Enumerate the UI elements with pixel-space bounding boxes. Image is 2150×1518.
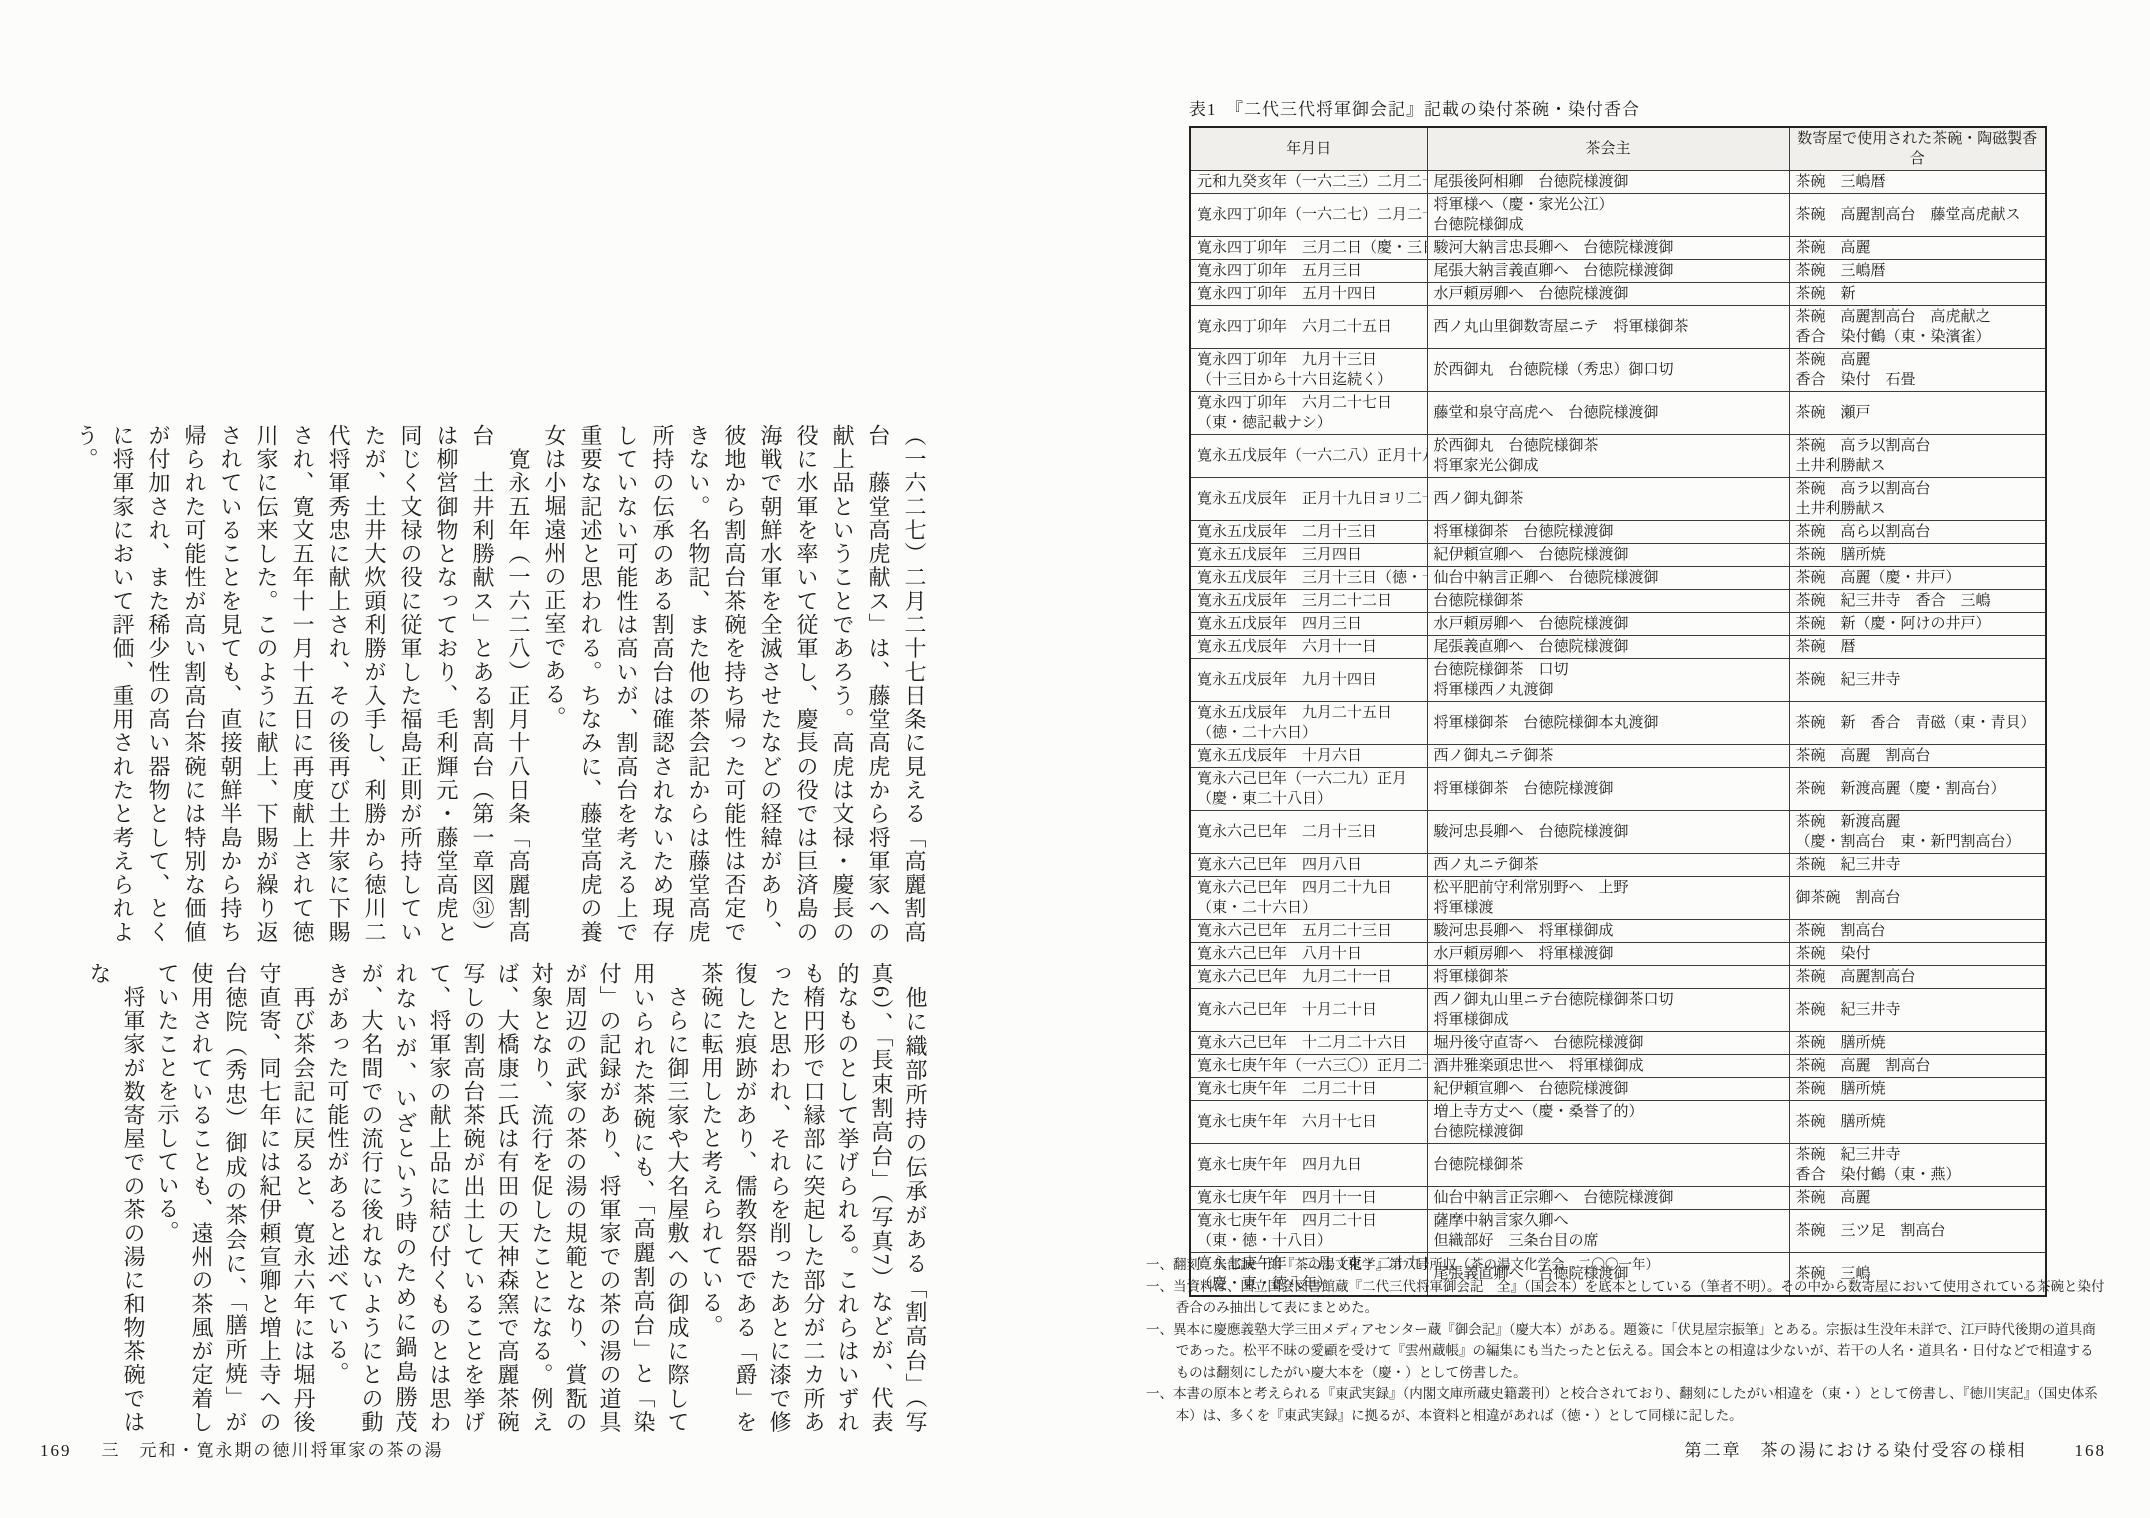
cell-line: 台徳院様御茶	[1434, 1155, 1783, 1175]
footnote: 一、翻刻 矢部誠一郎『茶の湯文化学』第八号所収（茶の湯文化学会 二〇〇一年）	[1146, 1254, 2106, 1276]
cell-line: 香合 染付鶴（東・染濱雀）	[1796, 327, 2040, 347]
cell-host: 増上寺方丈へ（慶・桑誉了的）台徳院様渡御	[1427, 1101, 1789, 1144]
cell-line: （徳・二十六日）	[1197, 723, 1421, 743]
cell-line: 寛永五戊辰年 三月十三日（徳・十二日）	[1197, 568, 1421, 588]
footnote: 一、本書の原本と考えられる『東武実録』（内閣文庫所蔵史籍叢刊）と校合されており、…	[1146, 1383, 2106, 1426]
cell-date: 寛永六己巳年 二月十三日	[1190, 811, 1427, 854]
cell-items: 茶碗 紀三井寺	[1789, 989, 2046, 1032]
cell-line: 寛永五戊辰年 四月三日	[1197, 614, 1421, 634]
cell-line: 寛永五戊辰年（一六二八）正月十八日	[1197, 446, 1421, 466]
cell-line: 駿河忠長卿へ 台徳院様渡御	[1434, 822, 1783, 842]
cell-line: 寛永七庚午年 四月二十日	[1197, 1211, 1421, 1231]
cell-items: 茶碗 高麗香合 染付 石畳	[1789, 349, 2046, 392]
cell-host: 尾張後阿相卿 台徳院様渡御	[1427, 171, 1789, 194]
cell-line: 寛永四丁卯年 六月二十五日	[1197, 317, 1421, 337]
table-row: 寛永四丁卯年 三月二日（慶・三日）駿河大納言忠長卿へ 台徳院様渡御茶碗 高麗	[1190, 237, 2046, 260]
cell-host: 台徳院様御茶	[1427, 590, 1789, 613]
column-header-items: 数寄屋で使用された茶碗・陶磁製香合	[1789, 127, 2046, 171]
cell-line: 茶碗 膳所焼	[1796, 1033, 2040, 1053]
body-paragraph: 他に織部所持の伝承がある「割高台」（写真6）、「長束割高台」（写真7）などが、代…	[694, 962, 932, 1434]
cell-date: 寛永五戊辰年 九月二十五日（徳・二十六日）	[1190, 702, 1427, 745]
cell-date: 寛永四丁卯年 六月二十五日	[1190, 306, 1427, 349]
cell-line: 寛永四丁卯年（一六二七）二月二十七日	[1197, 205, 1421, 225]
table-row: 寛永六己巳年 二月十三日駿河忠長卿へ 台徳院様渡御茶碗 新渡高麗（慶・割高台 東…	[1190, 811, 2046, 854]
cell-line: 寛永七庚午年（一六三〇）正月二十六日	[1197, 1056, 1421, 1076]
column-header-date: 年月日	[1190, 127, 1427, 171]
cell-line: 西ノ丸ニテ御茶	[1434, 855, 1783, 875]
cell-line: 寛永六己巳年 四月二十九日	[1197, 878, 1421, 898]
table-row: 寛永五戊辰年 九月十四日台徳院様御茶 口切将軍様西ノ丸渡御茶碗 紀三井寺	[1190, 659, 2046, 702]
cell-line: 水戸頼房卿へ 台徳院様渡御	[1434, 284, 1783, 304]
right-page-footer: 第二章 茶の湯における染付受容の様相168	[1685, 1436, 2107, 1461]
cell-date: 寛永五戊辰年（一六二八）正月十八日	[1190, 435, 1427, 478]
cell-host: 駿河忠長卿へ 台徳院様渡御	[1427, 811, 1789, 854]
cell-host: 紀伊頼宣卿へ 台徳院様渡御	[1427, 1078, 1789, 1101]
cell-line: 茶碗 染付	[1796, 944, 2040, 964]
cell-items: 茶碗 高麗割高台 高虎献之香合 染付鶴（東・染濱雀）	[1789, 306, 2046, 349]
table-row: 寛永六己巳年 五月二十三日駿河忠長卿へ 将軍様御成茶碗 割高台	[1190, 920, 2046, 943]
cell-host: 西ノ御丸山里ニテ台徳院様御茶口切将軍様御成	[1427, 989, 1789, 1032]
table-row: 寛永七庚午年 四月十一日仙台中納言正宗卿へ 台徳院様渡御茶碗 高麗	[1190, 1187, 2046, 1210]
cell-line: 茶碗 暦	[1796, 637, 2040, 657]
cell-line: 紀伊頼宣卿へ 台徳院様渡御	[1434, 545, 1783, 565]
cell-line: 寛永六己巳年 十二月二十六日	[1197, 1033, 1421, 1053]
cell-items: 茶碗 高ラ以割高台土井利勝献ス	[1789, 478, 2046, 521]
cell-line: 茶碗 割高台	[1796, 921, 2040, 941]
cell-line: 水戸頼房卿へ 将軍様渡御	[1434, 944, 1783, 964]
cell-line: 将軍様御茶 台徳院様渡御	[1434, 522, 1783, 542]
cell-line: 茶碗 高麗（慶・井戸）	[1796, 568, 2040, 588]
table-row: 寛永六己巳年（一六二九）正月（慶・東二十八日）将軍様御茶 台徳院様渡御茶碗 新渡…	[1190, 768, 2046, 811]
cell-host: 台徳院様御茶 口切将軍様西ノ丸渡御	[1427, 659, 1789, 702]
cell-line: 茶碗 三嶋暦	[1796, 172, 2040, 192]
body-paragraph: 寛永五年（一六二八）正月十八日条「高麗割高台 土井利勝献ス」とある割高台（第一章…	[68, 424, 536, 944]
cell-date: 寛永四丁卯年（一六二七）二月二十七日	[1190, 194, 1427, 237]
cell-line: 茶碗 三嶋暦	[1796, 261, 2040, 281]
cell-host: 西ノ丸山里御数寄屋ニテ 将軍様御茶	[1427, 306, 1789, 349]
cell-items: 茶碗 高ラ以割高台土井利勝献ス	[1789, 435, 2046, 478]
table-row: 寛永六己巳年 八月十日水戸頼房卿へ 将軍様渡御茶碗 染付	[1190, 943, 2046, 966]
table-row: 寛永六己巳年 四月二十九日（東・二十六日）松平肥前守利常別野へ 上野将軍様渡御茶…	[1190, 877, 2046, 920]
cell-line: 酒井雅楽頭忠世へ 将軍様御成	[1434, 1056, 1783, 1076]
cell-host: 台徳院様御茶	[1427, 1144, 1789, 1187]
book-spread: { "left_page": { "paragraphs_top": [ "（一…	[0, 0, 2150, 1518]
cell-line: 藤堂和泉守高虎へ 台徳院様渡御	[1434, 403, 1783, 423]
table-header-row: 年月日 茶会主 数寄屋で使用された茶碗・陶磁製香合	[1190, 127, 2046, 171]
cell-items: 茶碗 新 香合 青磁（東・青貝）	[1789, 702, 2046, 745]
chapter-title: 第二章 茶の湯における染付受容の様相	[1685, 1441, 2027, 1460]
table-row: 寛永五戊辰年 九月二十五日（徳・二十六日）将軍様御茶 台徳院様御本丸渡御茶碗 新…	[1190, 702, 2046, 745]
cell-line: 茶碗 新渡高麗（慶・割高台）	[1796, 779, 2040, 799]
table-row: 寛永四丁卯年 九月十三日（十三日から十六日迄続く）於西御丸 台徳院様（秀忠）御口…	[1190, 349, 2046, 392]
cell-date: 寛永四丁卯年 九月十三日（十三日から十六日迄続く）	[1190, 349, 1427, 392]
cell-date: 寛永六己巳年 四月二十九日（東・二十六日）	[1190, 877, 1427, 920]
cell-line: 寛永五戊辰年 九月十四日	[1197, 670, 1421, 690]
table-row: 寛永五戊辰年 十月六日西ノ御丸ニテ御茶茶碗 高麗 割高台	[1190, 745, 2046, 768]
section-title: 三 元和・寛永期の徳川将軍家の茶の湯	[102, 1441, 444, 1460]
cell-line: 茶碗 高麗 割高台	[1796, 1056, 2040, 1076]
page-number-right: 168	[2075, 1441, 2107, 1460]
cell-date: 寛永五戊辰年 四月三日	[1190, 613, 1427, 636]
cell-date: 寛永七庚午年 二月二十日	[1190, 1078, 1427, 1101]
cell-items: 茶碗 高麗 割高台	[1789, 745, 2046, 768]
cell-host: 水戸頼房卿へ 将軍様渡御	[1427, 943, 1789, 966]
cell-host: 西ノ丸ニテ御茶	[1427, 854, 1789, 877]
cell-items: 茶碗 新（慶・阿けの井戸）	[1789, 613, 2046, 636]
cell-items: 茶碗 三ツ足 割高台	[1789, 1210, 2046, 1253]
cell-host: 於西御丸 台徳院様（秀忠）御口切	[1427, 349, 1789, 392]
body-paragraph: 再び茶会記に戻ると、寛永六年には堀丹後守直寄、同七年には紀伊頼宣卿と増上寺への台…	[150, 962, 320, 1434]
cell-line: 茶碗 高麗割高台 高虎献之	[1796, 307, 2040, 327]
cell-line: 茶碗 紀三井寺	[1796, 855, 2040, 875]
cell-line: 茶碗 紀三井寺	[1796, 1145, 2040, 1165]
cell-host: 西ノ御丸ニテ御茶	[1427, 745, 1789, 768]
tea-record-table-container: 年月日 茶会主 数寄屋で使用された茶碗・陶磁製香合 元和九癸亥年（一六二三）二月…	[1189, 126, 2047, 1297]
cell-line: 寛永六己巳年 八月十日	[1197, 944, 1421, 964]
cell-line: 茶碗 高ら以割高台	[1796, 522, 2040, 542]
cell-date: 寛永五戊辰年 三月十三日（徳・十二日）	[1190, 567, 1427, 590]
cell-host: 将軍様御茶 台徳院様渡御	[1427, 768, 1789, 811]
cell-date: 寛永五戊辰年 十月六日	[1190, 745, 1427, 768]
cell-host: 水戸頼房卿へ 台徳院様渡御	[1427, 613, 1789, 636]
table-row: 寛永七庚午年 四月二十日（東・徳・十八日）薩摩中納言家久卿へ但織部好 三条台目の…	[1190, 1210, 2046, 1253]
cell-line: 寛永五戊辰年 十月六日	[1197, 746, 1421, 766]
table-row: 寛永六己巳年 四月八日西ノ丸ニテ御茶茶碗 紀三井寺	[1190, 854, 2046, 877]
footnote: 一、当資料は、国立国会図書館蔵『二代三代将軍御会記 全』（国会本）を底本としてい…	[1146, 1276, 2106, 1319]
cell-items: 茶碗 割高台	[1789, 920, 2046, 943]
table-row: 元和九癸亥年（一六二三）二月二十三日尾張後阿相卿 台徳院様渡御茶碗 三嶋暦	[1190, 171, 2046, 194]
cell-line: 寛永七庚午年 二月二十日	[1197, 1079, 1421, 1099]
table-row: 寛永七庚午年 二月二十日紀伊頼宣卿へ 台徳院様渡御茶碗 膳所焼	[1190, 1078, 2046, 1101]
cell-line: 将軍様へ（慶・家光公江）	[1434, 195, 1783, 215]
page-number-left: 169	[40, 1441, 72, 1460]
cell-line: 寛永七庚午年 四月九日	[1197, 1155, 1421, 1175]
cell-line: 台徳院様御茶	[1434, 591, 1783, 611]
cell-items: 茶碗 紀三井寺 香合 三嶋	[1789, 590, 2046, 613]
cell-items: 茶碗 新渡高麗（慶・割高台）	[1789, 768, 2046, 811]
cell-host: 将軍様御茶 台徳院様渡御	[1427, 521, 1789, 544]
column-header-host: 茶会主	[1427, 127, 1789, 171]
cell-line: 御茶碗 割高台	[1796, 888, 2040, 908]
cell-line: 元和九癸亥年（一六二三）二月二十三日	[1197, 172, 1421, 192]
cell-items: 茶碗 暦	[1789, 636, 2046, 659]
table-row: 寛永四丁卯年 五月三日尾張大納言義直卿へ 台徳院様渡御茶碗 三嶋暦	[1190, 260, 2046, 283]
cell-line: 寛永五戊辰年 三月二十二日	[1197, 591, 1421, 611]
cell-items: 茶碗 高麗割高台 藤堂高虎献ス	[1789, 194, 2046, 237]
cell-line: 尾張大納言義直卿へ 台徳院様渡御	[1434, 261, 1783, 281]
cell-line: 茶碗 高麗割高台 藤堂高虎献ス	[1796, 205, 2040, 225]
cell-line: 寛永六己巳年 十月二十日	[1197, 1000, 1421, 1020]
cell-host: 酒井雅楽頭忠世へ 将軍様御成	[1427, 1055, 1789, 1078]
cell-line: 水戸頼房卿へ 台徳院様渡御	[1434, 614, 1783, 634]
cell-line: 寛永七庚午年 六月十七日	[1197, 1112, 1421, 1132]
cell-line: 尾張義直卿へ 台徳院様渡御	[1434, 637, 1783, 657]
cell-line: 将軍様御茶 台徳院様渡御	[1434, 779, 1783, 799]
cell-line: 将軍様御茶	[1434, 967, 1783, 987]
cell-line: 於西御丸 台徳院様御茶	[1434, 436, 1783, 456]
cell-line: 寛永五戊辰年 九月二十五日	[1197, 703, 1421, 723]
cell-items: 茶碗 紀三井寺香合 染付鶴（東・燕）	[1789, 1144, 2046, 1187]
cell-line: 茶碗 高ラ以割高台	[1796, 479, 2040, 499]
cell-items: 茶碗 膳所焼	[1789, 544, 2046, 567]
cell-date: 寛永七庚午年 四月九日	[1190, 1144, 1427, 1187]
cell-date: 寛永六己巳年 四月八日	[1190, 854, 1427, 877]
cell-line: （慶・割高台 東・新門割高台）	[1796, 832, 2040, 852]
cell-host: 将軍様御茶	[1427, 966, 1789, 989]
cell-line: 茶碗 膳所焼	[1796, 1079, 2040, 1099]
cell-line: 西ノ御丸御茶	[1434, 489, 1783, 509]
cell-host: 紀伊頼宣卿へ 台徳院様渡御	[1427, 544, 1789, 567]
cell-line: 増上寺方丈へ（慶・桑誉了的）	[1434, 1102, 1783, 1122]
cell-line: 西ノ御丸ニテ御茶	[1434, 746, 1783, 766]
cell-date: 寛永六己巳年 九月二十一日	[1190, 966, 1427, 989]
cell-date: 寛永七庚午年 四月十一日	[1190, 1187, 1427, 1210]
table-row: 寛永四丁卯年 六月二十五日西ノ丸山里御数寄屋ニテ 将軍様御茶茶碗 高麗割高台 高…	[1190, 306, 2046, 349]
cell-line: 茶碗 新 香合 青磁（東・青貝）	[1796, 713, 2040, 733]
cell-items: 茶碗 紀三井寺	[1789, 854, 2046, 877]
cell-line: 寛永四丁卯年 三月二日（慶・三日）	[1197, 238, 1421, 258]
cell-line: 薩摩中納言家久卿へ	[1434, 1211, 1783, 1231]
cell-date: 寛永五戊辰年 二月十三日	[1190, 521, 1427, 544]
table-row: 寛永四丁卯年 六月二十七日（東・徳記載ナシ）藤堂和泉守高虎へ 台徳院様渡御茶碗 …	[1190, 392, 2046, 435]
cell-items: 茶碗 新	[1789, 283, 2046, 306]
cell-line: 寛永五戊辰年 三月四日	[1197, 545, 1421, 565]
cell-items: 茶碗 三嶋暦	[1789, 171, 2046, 194]
cell-line: 寛永四丁卯年 六月二十七日	[1197, 393, 1421, 413]
cell-host: 駿河忠長卿へ 将軍様御成	[1427, 920, 1789, 943]
cell-line: 寛永六己巳年 二月十三日	[1197, 822, 1421, 842]
cell-items: 茶碗 瀬戸	[1789, 392, 2046, 435]
cell-line: （東・二十六日）	[1197, 898, 1421, 918]
cell-line: 寛永四丁卯年 九月十三日	[1197, 350, 1421, 370]
cell-line: 仙台中納言正宗卿へ 台徳院様渡御	[1434, 1188, 1783, 1208]
cell-items: 茶碗 膳所焼	[1789, 1032, 2046, 1055]
cell-line: 将軍家光公御成	[1434, 456, 1783, 476]
table-row: 寛永六己巳年 十月二十日西ノ御丸山里ニテ台徳院様御茶口切将軍様御成茶碗 紀三井寺	[1190, 989, 2046, 1032]
cell-line: 将軍様御成	[1434, 1010, 1783, 1030]
cell-host: 将軍様へ（慶・家光公江）台徳院様御成	[1427, 194, 1789, 237]
cell-host: 藤堂和泉守高虎へ 台徳院様渡御	[1427, 392, 1789, 435]
cell-line: （東・徳記載ナシ）	[1197, 413, 1421, 433]
cell-date: 寛永六己巳年 十月二十日	[1190, 989, 1427, 1032]
cell-date: 寛永七庚午年（一六三〇）正月二十六日	[1190, 1055, 1427, 1078]
cell-line: 寛永五戊辰年 二月十三日	[1197, 522, 1421, 542]
cell-line: 香合 染付鶴（東・燕）	[1796, 1165, 2040, 1185]
cell-host: 尾張義直卿へ 台徳院様渡御	[1427, 636, 1789, 659]
cell-host: 松平肥前守利常別野へ 上野将軍様渡	[1427, 877, 1789, 920]
cell-items: 茶碗 高麗	[1789, 237, 2046, 260]
cell-line: 茶碗 高麗	[1796, 238, 2040, 258]
cell-host: 仙台中納言正卿へ 台徳院様渡御	[1427, 567, 1789, 590]
table-row: 寛永五戊辰年 三月二十二日台徳院様御茶茶碗 紀三井寺 香合 三嶋	[1190, 590, 2046, 613]
cell-line: 茶碗 三ツ足 割高台	[1796, 1221, 2040, 1241]
cell-host: 薩摩中納言家久卿へ但織部好 三条台目の席	[1427, 1210, 1789, 1253]
cell-line: 台徳院様御成	[1434, 215, 1783, 235]
tea-record-table: 年月日 茶会主 数寄屋で使用された茶碗・陶磁製香合 元和九癸亥年（一六二三）二月…	[1189, 126, 2047, 1297]
table-row: 寛永五戊辰年 三月四日紀伊頼宣卿へ 台徳院様渡御茶碗 膳所焼	[1190, 544, 2046, 567]
cell-items: 茶碗 高麗 割高台	[1789, 1055, 2046, 1078]
cell-line: 寛永七庚午年 四月十一日	[1197, 1188, 1421, 1208]
cell-date: 寛永五戊辰年 正月十九日ヨリ二十日迄	[1190, 478, 1427, 521]
cell-line: 駿河大納言忠長卿へ 台徳院様渡御	[1434, 238, 1783, 258]
body-paragraph: （一六二七）二月二十七日条に見える「高麗割高台 藤堂高虎献ス」は、藤堂高虎から将…	[536, 424, 932, 944]
cell-line: 松平肥前守利常別野へ 上野	[1434, 878, 1783, 898]
body-paragraph: 将軍家が数寄屋での茶の湯に和物茶碗ではな	[82, 962, 150, 1434]
cell-line: 西ノ丸山里御数寄屋ニテ 将軍様御茶	[1434, 317, 1783, 337]
table-title: 表1 『二代三代将軍御会記』記載の染付茶碗・染付香合	[1189, 95, 1640, 120]
cell-line: 茶碗 新渡高麗	[1796, 812, 2040, 832]
cell-line: 香合 染付 石畳	[1796, 370, 2040, 390]
cell-line: 但織部好 三条台目の席	[1434, 1231, 1783, 1251]
cell-date: 寛永四丁卯年 五月十四日	[1190, 283, 1427, 306]
cell-line: 寛永四丁卯年 五月三日	[1197, 261, 1421, 281]
cell-date: 元和九癸亥年（一六二三）二月二十三日	[1190, 171, 1427, 194]
cell-items: 茶碗 膳所焼	[1789, 1078, 2046, 1101]
cell-host: 将軍様御茶 台徳院様御本丸渡御	[1427, 702, 1789, 745]
cell-host: 尾張大納言義直卿へ 台徳院様渡御	[1427, 260, 1789, 283]
cell-host: 水戸頼房卿へ 台徳院様渡御	[1427, 283, 1789, 306]
cell-line: 紀伊頼宣卿へ 台徳院様渡御	[1434, 1079, 1783, 1099]
cell-line: 茶碗 高麗	[1796, 350, 2040, 370]
cell-line: 将軍様御茶 台徳院様御本丸渡御	[1434, 713, 1783, 733]
cell-line: （十三日から十六日迄続く）	[1197, 370, 1421, 390]
cell-date: 寛永五戊辰年 九月十四日	[1190, 659, 1427, 702]
cell-host: 於西御丸 台徳院様御茶将軍家光公御成	[1427, 435, 1789, 478]
cell-items: 茶碗 膳所焼	[1789, 1101, 2046, 1144]
cell-date: 寛永七庚午年 四月二十日（東・徳・十八日）	[1190, 1210, 1427, 1253]
cell-line: 茶碗 新	[1796, 284, 2040, 304]
cell-date: 寛永四丁卯年 三月二日（慶・三日）	[1190, 237, 1427, 260]
table-row: 寛永七庚午年 六月十七日増上寺方丈へ（慶・桑誉了的）台徳院様渡御茶碗 膳所焼	[1190, 1101, 2046, 1144]
cell-line: 駿河忠長卿へ 将軍様御成	[1434, 921, 1783, 941]
cell-items: 茶碗 三嶋暦	[1789, 260, 2046, 283]
cell-items: 御茶碗 割高台	[1789, 877, 2046, 920]
cell-line: 堀丹後守直寄へ 台徳院様渡御	[1434, 1033, 1783, 1053]
cell-line: 茶碗 新（慶・阿けの井戸）	[1796, 614, 2040, 634]
cell-date: 寛永四丁卯年 六月二十七日（東・徳記載ナシ）	[1190, 392, 1427, 435]
table-row: 寛永五戊辰年 四月三日水戸頼房卿へ 台徳院様渡御茶碗 新（慶・阿けの井戸）	[1190, 613, 2046, 636]
cell-date: 寛永六己巳年（一六二九）正月（慶・東二十八日）	[1190, 768, 1427, 811]
cell-items: 茶碗 高麗	[1789, 1187, 2046, 1210]
cell-date: 寛永六己巳年 八月十日	[1190, 943, 1427, 966]
cell-line: 於西御丸 台徳院様（秀忠）御口切	[1434, 360, 1783, 380]
cell-line: 茶碗 紀三井寺	[1796, 1000, 2040, 1020]
cell-line: 茶碗 紀三井寺 香合 三嶋	[1796, 591, 2040, 611]
table-row: 寛永五戊辰年 正月十九日ヨリ二十日迄西ノ御丸御茶茶碗 高ラ以割高台土井利勝献ス	[1190, 478, 2046, 521]
table-row: 寛永七庚午年（一六三〇）正月二十六日酒井雅楽頭忠世へ 将軍様御成茶碗 高麗 割高…	[1190, 1055, 2046, 1078]
cell-line: 寛永六己巳年 九月二十一日	[1197, 967, 1421, 987]
cell-line: 茶碗 高ラ以割高台	[1796, 436, 2040, 456]
cell-line: 寛永五戊辰年 正月十九日ヨリ二十日迄	[1197, 489, 1421, 509]
cell-line: 寛永六己巳年 四月八日	[1197, 855, 1421, 875]
cell-items: 茶碗 新渡高麗（慶・割高台 東・新門割高台）	[1789, 811, 2046, 854]
table-row: 寛永四丁卯年 五月十四日水戸頼房卿へ 台徳院様渡御茶碗 新	[1190, 283, 2046, 306]
cell-line: 仙台中納言正卿へ 台徳院様渡御	[1434, 568, 1783, 588]
footnote: 一、異本に慶應義塾大学三田メディアセンター蔵『御会記』（慶大本）がある。題簽に「…	[1146, 1319, 2106, 1384]
cell-line: 台徳院様御茶 口切	[1434, 660, 1783, 680]
left-page-footer: 169三 元和・寛永期の徳川将軍家の茶の湯	[40, 1436, 444, 1461]
cell-date: 寛永五戊辰年 三月二十二日	[1190, 590, 1427, 613]
table-row: 寛永七庚午年 四月九日台徳院様御茶茶碗 紀三井寺香合 染付鶴（東・燕）	[1190, 1144, 2046, 1187]
table-row: 寛永五戊辰年 二月十三日将軍様御茶 台徳院様渡御茶碗 高ら以割高台	[1190, 521, 2046, 544]
cell-host: 堀丹後守直寄へ 台徳院様渡御	[1427, 1032, 1789, 1055]
cell-line: 茶碗 瀬戸	[1796, 403, 2040, 423]
cell-line: 茶碗 高麗	[1796, 1188, 2040, 1208]
cell-date: 寛永六己巳年 五月二十三日	[1190, 920, 1427, 943]
cell-line: 茶碗 膳所焼	[1796, 1112, 2040, 1132]
table-row: 寛永四丁卯年（一六二七）二月二十七日将軍様へ（慶・家光公江）台徳院様御成茶碗 高…	[1190, 194, 2046, 237]
cell-date: 寛永五戊辰年 三月四日	[1190, 544, 1427, 567]
cell-date: 寛永四丁卯年 五月三日	[1190, 260, 1427, 283]
cell-line: 土井利勝献ス	[1796, 499, 2040, 519]
body-text-lower: 他に織部所持の伝承がある「割高台」（写真6）、「長束割高台」（写真7）などが、代…	[46, 962, 932, 1434]
cell-host: 西ノ御丸御茶	[1427, 478, 1789, 521]
cell-line: 茶碗 膳所焼	[1796, 545, 2040, 565]
table-row: 寛永五戊辰年（一六二八）正月十八日於西御丸 台徳院様御茶将軍家光公御成茶碗 高ラ…	[1190, 435, 2046, 478]
table-row: 寛永六己巳年 十二月二十六日堀丹後守直寄へ 台徳院様渡御茶碗 膳所焼	[1190, 1032, 2046, 1055]
cell-line: 寛永六己巳年 五月二十三日	[1197, 921, 1421, 941]
cell-line: 寛永四丁卯年 五月十四日	[1197, 284, 1421, 304]
cell-items: 茶碗 高麗割高台	[1789, 966, 2046, 989]
cell-date: 寛永六己巳年 十二月二十六日	[1190, 1032, 1427, 1055]
cell-items: 茶碗 高麗（慶・井戸）	[1789, 567, 2046, 590]
cell-line: 茶碗 高麗 割高台	[1796, 746, 2040, 766]
cell-host: 仙台中納言正宗卿へ 台徳院様渡御	[1427, 1187, 1789, 1210]
cell-line: 寛永五戊辰年 六月十一日	[1197, 637, 1421, 657]
cell-line: 茶碗 紀三井寺	[1796, 670, 2040, 690]
cell-line: 茶碗 高麗割高台	[1796, 967, 2040, 987]
cell-line: 尾張後阿相卿 台徳院様渡御	[1434, 172, 1783, 192]
table-row: 寛永五戊辰年 三月十三日（徳・十二日）仙台中納言正卿へ 台徳院様渡御茶碗 高麗（…	[1190, 567, 2046, 590]
cell-line: （慶・東二十八日）	[1197, 789, 1421, 809]
body-text-upper: （一六二七）二月二十七日条に見える「高麗割高台 藤堂高虎献ス」は、藤堂高虎から将…	[46, 424, 932, 944]
cell-host: 駿河大納言忠長卿へ 台徳院様渡御	[1427, 237, 1789, 260]
meeting-table-body: 元和九癸亥年（一六二三）二月二十三日尾張後阿相卿 台徳院様渡御茶碗 三嶋暦寛永四…	[1190, 171, 2046, 1297]
cell-items: 茶碗 高ら以割高台	[1789, 521, 2046, 544]
cell-date: 寛永五戊辰年 六月十一日	[1190, 636, 1427, 659]
cell-line: 西ノ御丸山里ニテ台徳院様御茶口切	[1434, 990, 1783, 1010]
table-row: 寛永五戊辰年 六月十一日尾張義直卿へ 台徳院様渡御茶碗 暦	[1190, 636, 2046, 659]
cell-line: 台徳院様渡御	[1434, 1122, 1783, 1142]
cell-line: （東・徳・十八日）	[1197, 1231, 1421, 1251]
footnotes: 一、翻刻 矢部誠一郎『茶の湯文化学』第八号所収（茶の湯文化学会 二〇〇一年）一、…	[1146, 1254, 2106, 1426]
cell-line: 寛永六己巳年（一六二九）正月	[1197, 769, 1421, 789]
cell-items: 茶碗 紀三井寺	[1789, 659, 2046, 702]
cell-line: 将軍様西ノ丸渡御	[1434, 680, 1783, 700]
table-row: 寛永六己巳年 九月二十一日将軍様御茶茶碗 高麗割高台	[1190, 966, 2046, 989]
cell-date: 寛永七庚午年 六月十七日	[1190, 1101, 1427, 1144]
cell-line: 将軍様渡	[1434, 898, 1783, 918]
body-paragraph: さらに御三家や大名屋敷への御成に際して用いられた茶碗にも、「高麗割高台」と「染付…	[320, 962, 694, 1434]
cell-line: 土井利勝献ス	[1796, 456, 2040, 476]
cell-items: 茶碗 染付	[1789, 943, 2046, 966]
